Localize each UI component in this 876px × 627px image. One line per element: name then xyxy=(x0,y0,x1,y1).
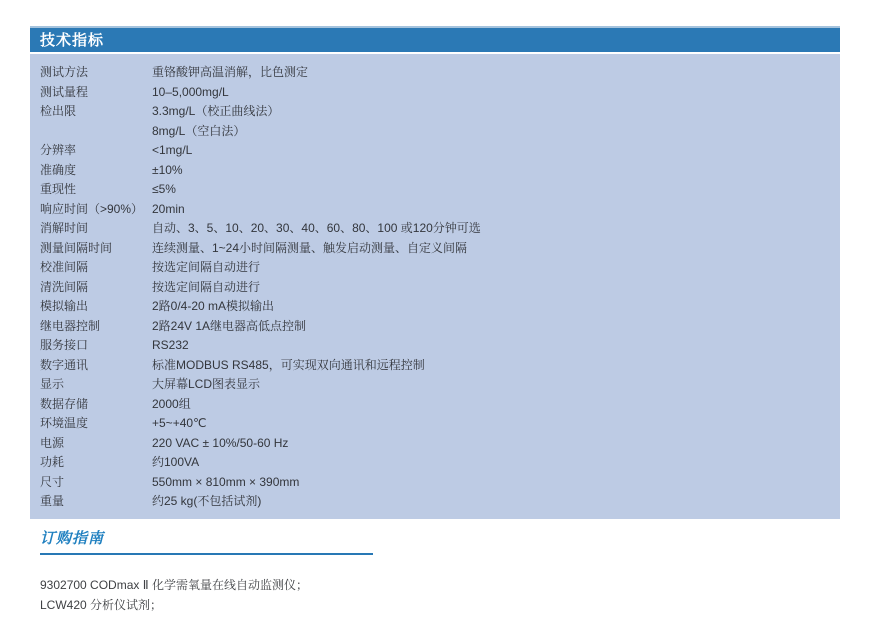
spec-value: <1mg/L xyxy=(152,141,192,161)
spec-row: 分辨率 <1mg/L xyxy=(40,141,830,161)
spec-value: 连续测量、1~24小时间隔测量、触发启动测量、自定义间隔 xyxy=(152,239,467,259)
spec-value: RS232 xyxy=(152,336,189,356)
spec-label: 显示 xyxy=(40,375,152,395)
spec-label: 数据存储 xyxy=(40,395,152,415)
technical-specs-section: 技术指标 测试方法 重铬酸钾高温消解，比色测定 测试量程 10–5,000mg/… xyxy=(30,26,840,519)
spec-row: 清洗间隔 按选定间隔自动进行 xyxy=(40,278,830,298)
spec-value: 约25 kg(不包括试剂) xyxy=(152,492,261,512)
spec-row: 8mg/L（空白法） xyxy=(40,122,830,142)
spec-value: 2000组 xyxy=(152,395,191,415)
spec-label: 重现性 xyxy=(40,180,152,200)
spec-value: 550mm × 810mm × 390mm xyxy=(152,473,299,493)
spec-label: 继电器控制 xyxy=(40,317,152,337)
spec-value: ≤5% xyxy=(152,180,176,200)
spec-label: 服务接口 xyxy=(40,336,152,356)
spec-row: 显示 大屏幕LCD图表显示 xyxy=(40,375,830,395)
spec-value: 2路0/4-20 mA模拟输出 xyxy=(152,297,274,317)
spec-row: 继电器控制 2路24V 1A继电器高低点控制 xyxy=(40,317,830,337)
spec-label: 分辨率 xyxy=(40,141,152,161)
spec-value: 大屏幕LCD图表显示 xyxy=(152,375,260,395)
spec-value: 10–5,000mg/L xyxy=(152,83,229,103)
spec-label: 测量间隔时间 xyxy=(40,239,152,259)
spec-row: 数据存储 2000组 xyxy=(40,395,830,415)
spec-value: 自动、3、5、10、20、30、40、60、80、100 或120分钟可选 xyxy=(152,219,481,239)
spec-label: 清洗间隔 xyxy=(40,278,152,298)
spec-label: 消解时间 xyxy=(40,219,152,239)
spec-label: 响应时间（>90%） xyxy=(40,200,152,220)
spec-row: 消解时间 自动、3、5、10、20、30、40、60、80、100 或120分钟… xyxy=(40,219,830,239)
spec-label: 电源 xyxy=(40,434,152,454)
spec-row: 准确度 ±10% xyxy=(40,161,830,181)
spec-label: 重量 xyxy=(40,492,152,512)
spec-label: 校准间隔 xyxy=(40,258,152,278)
spec-table: 测试方法 重铬酸钾高温消解，比色测定 测试量程 10–5,000mg/L 检出限… xyxy=(30,54,840,519)
spec-value: 约100VA xyxy=(152,453,199,473)
spec-row: 校准间隔 按选定间隔自动进行 xyxy=(40,258,830,278)
spec-value: 重铬酸钾高温消解，比色测定 xyxy=(152,63,308,83)
spec-label: 模拟输出 xyxy=(40,297,152,317)
spec-value: 220 VAC ± 10%/50-60 Hz xyxy=(152,434,288,454)
spec-row: 测量间隔时间 连续测量、1~24小时间隔测量、触发启动测量、自定义间隔 xyxy=(40,239,830,259)
spec-value: ±10% xyxy=(152,161,183,181)
spec-value: 按选定间隔自动进行 xyxy=(152,278,260,298)
spec-label: 功耗 xyxy=(40,453,152,473)
technical-specs-title: 技术指标 xyxy=(30,26,840,52)
spec-value: 2路24V 1A继电器高低点控制 xyxy=(152,317,306,337)
order-guide-title: 订购指南 xyxy=(40,530,104,547)
spec-row: 服务接口 RS232 xyxy=(40,336,830,356)
spec-value: 8mg/L（空白法） xyxy=(152,122,245,142)
spec-value: 3.3mg/L（校正曲线法） xyxy=(152,102,279,122)
spec-row: 数字通讯 标准MODBUS RS485，可实现双向通讯和远程控制 xyxy=(40,356,830,376)
spec-row: 测试量程 10–5,000mg/L xyxy=(40,83,830,103)
spec-value: +5~+40℃ xyxy=(152,414,207,434)
spec-row: 模拟输出 2路0/4-20 mA模拟输出 xyxy=(40,297,830,317)
spec-row: 环境温度 +5~+40℃ xyxy=(40,414,830,434)
spec-value: 按选定间隔自动进行 xyxy=(152,258,260,278)
spec-row: 功耗 约100VA xyxy=(40,453,830,473)
order-item: 9302700 CODmax Ⅱ 化学需氧量在线自动监测仪； xyxy=(40,575,540,595)
spec-row: 重现性 ≤5% xyxy=(40,180,830,200)
spec-value: 20min xyxy=(152,200,185,220)
spec-label xyxy=(40,122,152,142)
spec-row: 重量 约25 kg(不包括试剂) xyxy=(40,492,830,512)
spec-label: 数字通讯 xyxy=(40,356,152,376)
order-guide-header: 订购指南 xyxy=(40,527,373,555)
spec-row: 尺寸 550mm × 810mm × 390mm xyxy=(40,473,830,493)
spec-label: 准确度 xyxy=(40,161,152,181)
spec-row: 电源 220 VAC ± 10%/50-60 Hz xyxy=(40,434,830,454)
datasheet-page: 技术指标 测试方法 重铬酸钾高温消解，比色测定 测试量程 10–5,000mg/… xyxy=(0,0,876,627)
spec-row: 检出限 3.3mg/L（校正曲线法） xyxy=(40,102,830,122)
spec-row: 测试方法 重铬酸钾高温消解，比色测定 xyxy=(40,63,830,83)
spec-value: 标准MODBUS RS485，可实现双向通讯和远程控制 xyxy=(152,356,425,376)
spec-label: 尺寸 xyxy=(40,473,152,493)
spec-label: 测试量程 xyxy=(40,83,152,103)
spec-label: 检出限 xyxy=(40,102,152,122)
spec-row: 响应时间（>90%） 20min xyxy=(40,200,830,220)
spec-label: 环境温度 xyxy=(40,414,152,434)
order-item: LCW420 分析仪试剂； xyxy=(40,595,540,615)
order-guide-items: 9302700 CODmax Ⅱ 化学需氧量在线自动监测仪； LCW420 分析… xyxy=(40,575,540,615)
spec-label: 测试方法 xyxy=(40,63,152,83)
